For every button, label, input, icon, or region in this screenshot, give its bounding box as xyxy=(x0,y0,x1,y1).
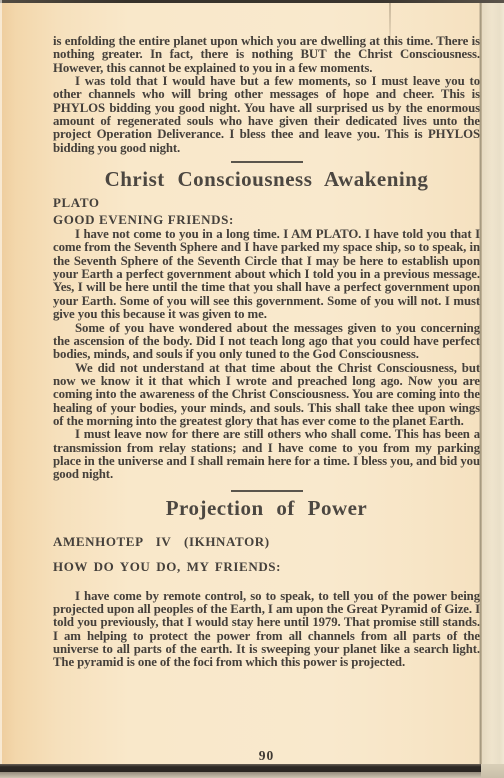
body-paragraph: Some of you have wondered about the mess… xyxy=(53,322,480,362)
speaker-name: PLATO xyxy=(53,195,480,211)
scan-bottom-right xyxy=(481,764,504,778)
body-paragraph: We did not understand at that time about… xyxy=(53,362,480,429)
body-paragraph: I have come by remote control, so to spe… xyxy=(53,590,480,670)
scanned-book-page: is enfolding the entire planet upon whic… xyxy=(0,0,504,778)
body-paragraph: I was told that I would have but a few m… xyxy=(53,75,480,155)
page-number: 90 xyxy=(53,748,480,764)
salutation: GOOD EVENING FRIENDS: xyxy=(53,212,480,228)
body-paragraph: I must leave now for there are still oth… xyxy=(53,428,480,481)
scan-top-edge xyxy=(0,0,504,3)
scan-bottom-edge xyxy=(0,764,481,772)
section-title: Projection of Power xyxy=(53,496,480,521)
adjacent-page-strip xyxy=(482,3,504,764)
section-title: Christ Consciousness Awakening xyxy=(53,167,480,192)
scan-left-edge xyxy=(0,0,2,778)
section-divider xyxy=(231,161,303,163)
salutation: HOW DO YOU DO, MY FRIENDS: xyxy=(53,559,480,575)
speaker-name: AMENHOTEP IV (IKHNATOR) xyxy=(53,534,480,550)
scan-bottom-shadow xyxy=(0,772,481,778)
section-divider xyxy=(231,490,303,492)
body-paragraph: is enfolding the entire planet upon whic… xyxy=(53,35,480,75)
body-paragraph: I have not come to you in a long time. I… xyxy=(53,228,480,321)
page-content: is enfolding the entire planet upon whic… xyxy=(53,35,480,670)
